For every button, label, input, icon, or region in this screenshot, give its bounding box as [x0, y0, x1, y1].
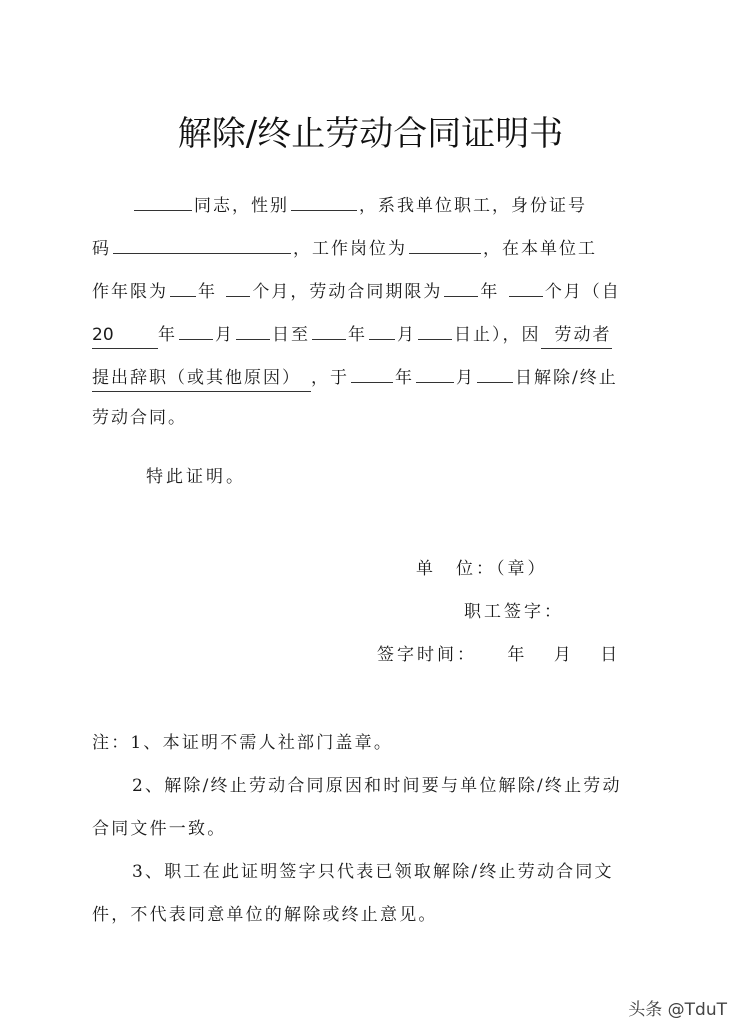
text: 作年限为	[92, 282, 168, 302]
body-line-3: 作年限为年 个月，劳动合同期限为年 个月（自	[92, 276, 621, 302]
text: 月	[397, 325, 416, 345]
contract-months-blank[interactable]	[509, 276, 543, 297]
text: 月	[215, 325, 234, 345]
text: 个月，劳动合同期限为	[252, 282, 442, 302]
reason-field-part1[interactable]: 劳动者	[541, 322, 612, 349]
text: ，在本单位工	[483, 239, 597, 259]
note-2-line-2: 合同文件一致。	[92, 814, 226, 839]
start-month-blank[interactable]	[179, 319, 213, 340]
id-number-blank[interactable]	[113, 233, 291, 254]
work-years-blank[interactable]	[170, 276, 196, 297]
signature-date-label: 签字时间：	[377, 645, 477, 665]
body-line-2: 码，工作岗位为，在本单位工	[92, 233, 597, 259]
text: 日解除/终止	[515, 368, 618, 388]
note-2-line-1: 2、解除/终止劳动合同原因和时间要与单位解除/终止劳动	[132, 771, 622, 796]
position-blank[interactable]	[409, 233, 481, 254]
end-year-blank[interactable]	[312, 319, 346, 340]
end-day-blank[interactable]	[418, 319, 452, 340]
text: 年	[480, 282, 499, 302]
body-line-4: 20年月日至年月日止），因劳动者	[92, 319, 612, 345]
document-title: 解除/终止劳动合同证明书	[0, 106, 741, 155]
start-day-blank[interactable]	[236, 319, 270, 340]
text: 码	[92, 239, 111, 259]
name-blank[interactable]	[134, 190, 192, 211]
employee-signature-label: 职工签字：	[464, 597, 564, 622]
text: ，于	[311, 368, 349, 388]
text: 年	[198, 282, 217, 302]
termination-month-blank[interactable]	[416, 362, 454, 383]
note-1: 注：1、本证明不需人社部门盖章。	[92, 728, 393, 753]
watermark: 头条 @TduT	[628, 995, 727, 1020]
end-month-blank[interactable]	[369, 319, 395, 340]
termination-year-blank[interactable]	[351, 362, 393, 383]
signature-month: 月	[554, 645, 574, 665]
body-line-1: 同志，性别，系我单位职工，身份证号	[134, 190, 587, 216]
signature-year: 年	[507, 645, 527, 665]
text: ，工作岗位为	[293, 239, 407, 259]
contract-years-blank[interactable]	[444, 276, 478, 297]
body-line-6: 劳动合同。	[92, 405, 187, 431]
text: 同志，性别	[194, 196, 289, 216]
text: 月	[456, 368, 475, 388]
text: ，系我单位职工，身份证号	[359, 196, 587, 216]
text: 年	[348, 325, 367, 345]
signature-date-row: 签字时间： 年 月 日	[377, 640, 620, 665]
note-3-line-2: 件，不代表同意单位的解除或终止意见。	[92, 900, 438, 925]
signature-day: 日	[600, 645, 620, 665]
text: 年	[158, 325, 177, 345]
gender-blank[interactable]	[291, 190, 357, 211]
work-months-blank[interactable]	[226, 276, 250, 297]
text: 劳动合同。	[92, 408, 187, 428]
note-3-line-1: 3、职工在此证明签字只代表已领取解除/终止劳动合同文	[132, 857, 614, 882]
body-line-5: 提出辞职（或其他原因），于年月日解除/终止	[92, 362, 618, 388]
closing-statement: 特此证明。	[146, 462, 246, 487]
start-year-field[interactable]: 20	[92, 322, 158, 349]
text: 日止），因	[454, 325, 541, 345]
text: 个月（自	[545, 282, 621, 302]
reason-field-part2[interactable]: 提出辞职（或其他原因）	[92, 365, 311, 392]
termination-day-blank[interactable]	[477, 362, 513, 383]
text: 日至	[272, 325, 310, 345]
unit-seal-label: 单 位：（章）	[416, 554, 548, 579]
text: 年	[395, 368, 414, 388]
